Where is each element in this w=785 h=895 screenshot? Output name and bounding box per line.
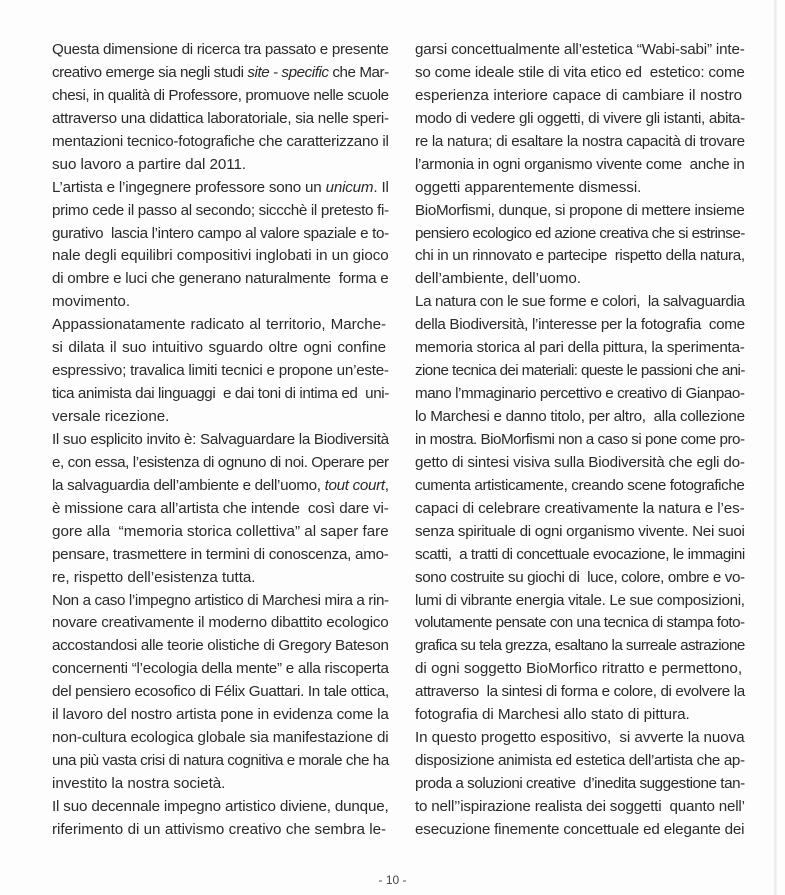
italic-term: site - specific (247, 64, 328, 81)
text-line: Il suo esplicito invito è: Salvaguardare… (52, 429, 386, 452)
text-line: mentazioni tecnico-fotografiche che cara… (52, 131, 386, 154)
text-line: chi in un rinnovato e partecipe rispetto… (415, 245, 742, 268)
text-line: nale degli equilibri compositivi ingloba… (52, 245, 386, 268)
text-line: esecuzione finemente concettuale ed eleg… (415, 819, 742, 842)
text-line: lumi di vibrante energia vitale. Le sue … (415, 590, 742, 613)
text-line: riferimento di un attivismo creativo che… (52, 819, 386, 842)
text-line: pensare, trasmettere in termini di conos… (52, 544, 386, 567)
text-line: senza spirituale di ogni organismo viven… (415, 521, 742, 544)
page-edge-shadow (774, 0, 777, 895)
text-line: attraverso la sintesi di forma e colore,… (415, 681, 742, 704)
text-line: volutamente pensate con una tecnica di s… (415, 612, 742, 635)
text-segment: L’artista e l’ingegnere professore sono … (52, 179, 326, 196)
text-line: L’artista e l’ingegnere professore sono … (52, 177, 386, 200)
text-line: movimento. (52, 291, 386, 314)
text-line: scatti, a tratti di concettuale evocazio… (415, 544, 742, 567)
text-line: sono costruite su giochi di luce, colore… (415, 567, 742, 590)
text-line: La natura con le sue forme e colori, la … (415, 291, 742, 314)
text-line: si dilata il suo intuitivo sguardo oltre… (52, 337, 386, 360)
text-line: non-cultura ecologica globale sia manife… (52, 727, 386, 750)
text-line: fotografia di Marchesi allo stato di pit… (415, 704, 742, 727)
text-line: pensiero ecologico ed azione creativa ch… (415, 223, 742, 246)
text-line: primo cede il passo al secondo; siccchè … (52, 200, 386, 223)
text-line: gore alla “memoria storica collettiva” a… (52, 521, 386, 544)
page-number: - 10 - (0, 873, 785, 887)
text-line: investito la nostra società. (52, 773, 386, 796)
text-line: gurativo lascia l’intero campo al valore… (52, 223, 386, 246)
text-line: so come ideale stile di vita etico ed es… (415, 62, 742, 85)
text-line: di ogni soggetto BioMorfico ritratto e p… (415, 658, 742, 681)
text-line: la salvaguardia dell’ambiente e dell’uom… (52, 475, 386, 498)
text-segment: , (385, 477, 389, 494)
text-line: proda a soluzioni creative d’inedita sug… (415, 773, 742, 796)
text-line: In questo progetto espositivo, si avvert… (415, 727, 742, 750)
text-line: capaci di celebrare creativamente la nat… (415, 498, 742, 521)
text-line: grafica su tela grezza, esaltano la surr… (415, 635, 742, 658)
text-line: versale ricezione. (52, 406, 386, 429)
text-segment: la salvaguardia dell’ambiente e dell’uom… (52, 477, 325, 494)
text-line: tica animista dai linguaggi e dai toni d… (52, 383, 386, 406)
text-line: in mostra. BioMorfismi non a caso si pon… (415, 429, 742, 452)
text-line: chesi, in qualità di Professore, promuov… (52, 85, 386, 108)
italic-term: unicum (326, 179, 374, 196)
text-line: della Biodiversità, l’interesse per la f… (415, 314, 742, 337)
text-segment: creativo emerge sia negli studi (52, 64, 247, 81)
text-line: getto di sintesi visiva sulla Biodiversi… (415, 452, 742, 475)
text-line: lo Marchesi e danno titolo, per altro, a… (415, 406, 742, 429)
text-line: e, con essa, l’esistenza di ognuno di no… (52, 452, 386, 475)
text-line: è missione cara all’artista che intende … (52, 498, 386, 521)
text-line: dell’ambiente, dell’uomo. (415, 268, 742, 291)
text-column-right: garsi concettualmente all’estetica “Wabi… (415, 39, 742, 842)
text-line: memoria storica al pari della pittura, l… (415, 337, 742, 360)
text-segment: che Mar- (329, 64, 389, 81)
text-line: cumenta artisticamente, creando scene fo… (415, 475, 742, 498)
text-line: Appassionatamente radicato al territorio… (52, 314, 386, 337)
text-line: del pensiero ecosofico di Félix Guattari… (52, 681, 386, 704)
text-line: garsi concettualmente all’estetica “Wabi… (415, 39, 742, 62)
text-line: to nell’’ispirazione realista dei sogget… (415, 796, 742, 819)
text-line: novare creativamente il moderno dibattit… (52, 612, 386, 635)
text-line: re la natura; di esaltare la nostra capa… (415, 131, 742, 154)
text-line: BioMorfismi, dunque, si propone di mette… (415, 200, 742, 223)
italic-term: tout court (325, 477, 385, 494)
text-segment: . Il (373, 179, 388, 196)
text-line: disposizione animista ed estetica dell’a… (415, 750, 742, 773)
text-line: Il suo decennale impegno artistico divie… (52, 796, 386, 819)
document-page: Questa dimensione di ricerca tra passato… (0, 0, 785, 895)
text-line: attraverso una didattica laboratoriale, … (52, 108, 386, 131)
text-line: concernenti “l’ecologia della mente” e a… (52, 658, 386, 681)
text-line: zione tecnica dei materiali: queste le p… (415, 360, 742, 383)
text-line: modo di vedere gli oggetti, di vivere gl… (415, 108, 742, 131)
text-line: il lavoro del nostro artista pone in evi… (52, 704, 386, 727)
text-line: suo lavoro a partire dal 2011. (52, 154, 386, 177)
text-line: l’armonia in ogni organismo vivente come… (415, 154, 742, 177)
text-line: accostandosi alle teorie olistiche di Gr… (52, 635, 386, 658)
text-line: esperienza interiore capace di cambiare … (415, 85, 742, 108)
text-line: espressivo; travalica limiti tecnici e p… (52, 360, 386, 383)
text-line: oggetti apparentemente dismessi. (415, 177, 742, 200)
text-line: creativo emerge sia negli studi site - s… (52, 62, 386, 85)
text-line: Questa dimensione di ricerca tra passato… (52, 39, 386, 62)
text-line: di ombre e luci che generano naturalment… (52, 268, 386, 291)
text-line: mano l’mmaginario percettivo e creativo … (415, 383, 742, 406)
text-line: una più vasta crisi di natura cognitiva … (52, 750, 386, 773)
text-line: re, rispetto dell’esistenza tutta. (52, 567, 386, 590)
text-line: Non a caso l’impegno artistico di Marche… (52, 590, 386, 613)
text-column-left: Questa dimensione di ricerca tra passato… (52, 39, 386, 842)
